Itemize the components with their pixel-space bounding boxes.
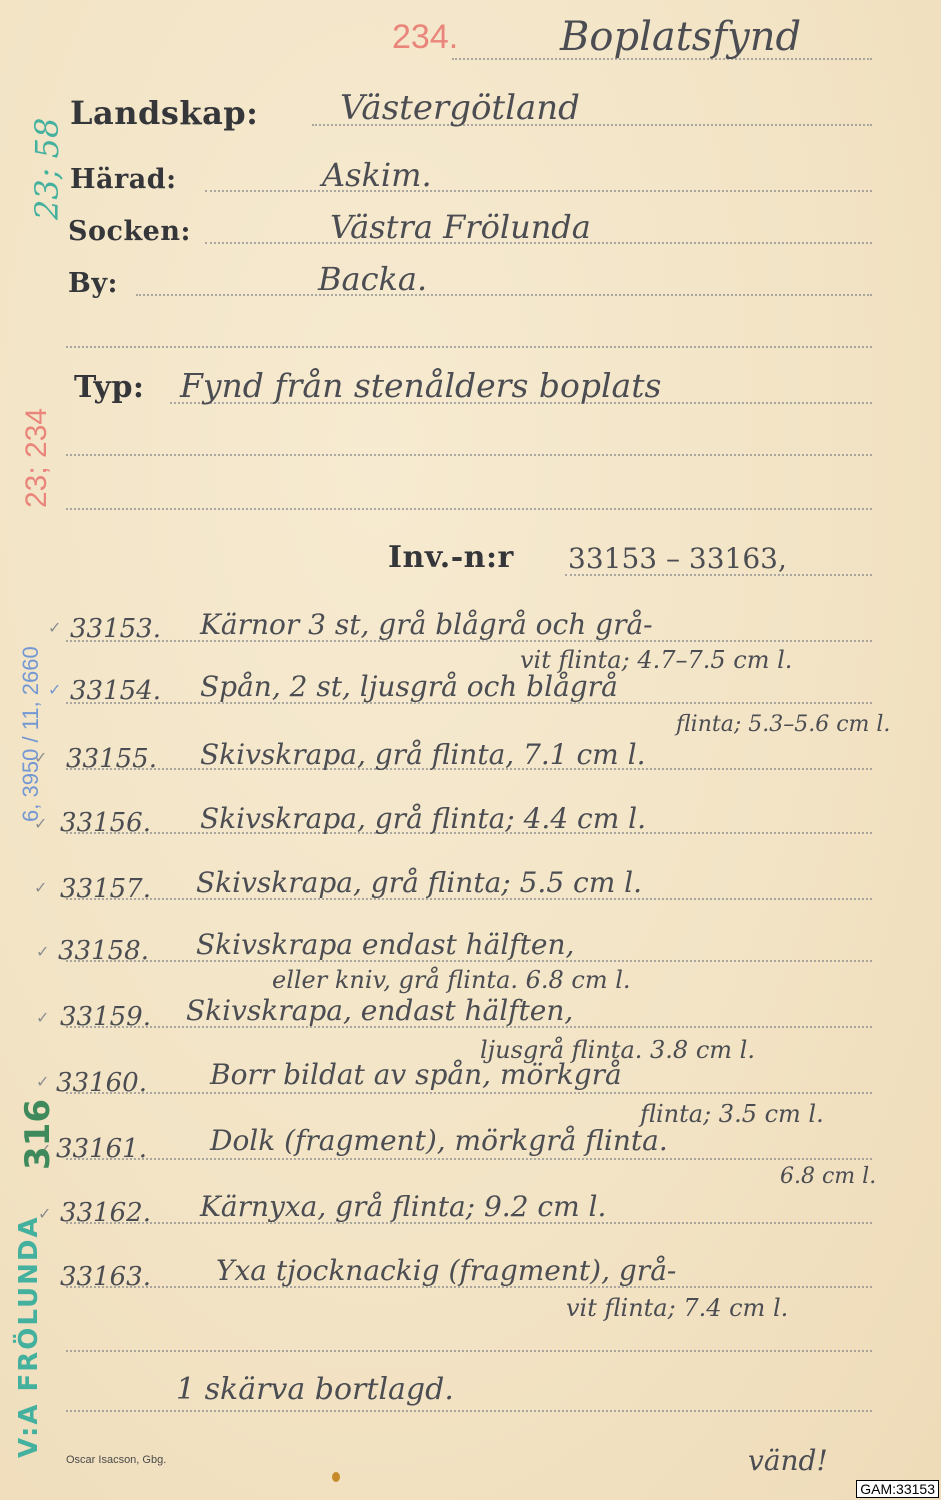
entry-number: 33160. <box>56 1068 147 1098</box>
entry-line2: 6.8 cm l. <box>780 1164 876 1189</box>
entry-line1: Kärnyxa, grå flinta; 9.2 cm l. <box>200 1190 606 1223</box>
entry-line1: Spån, 2 st, ljusgrå och blågrå <box>200 670 618 703</box>
header-category: Boplatsfynd <box>560 14 801 60</box>
entry-line1: Skivskrapa, endast hälften, <box>186 994 573 1027</box>
check-icon: ✓ <box>48 618 61 637</box>
header-red-number: 234. <box>392 18 458 57</box>
blank-dotline-2 <box>66 454 872 456</box>
entry-line1: Skivskrapa endast hälften, <box>196 928 574 961</box>
blank-dotline-1 <box>66 346 872 348</box>
catalog-id-label: GAM:33153 <box>856 1480 939 1498</box>
entry-dotline <box>66 1158 872 1160</box>
entry-number: 33162. <box>60 1198 151 1228</box>
entry-line2: eller kniv, grå flinta. 6.8 cm l. <box>272 966 631 994</box>
field-label-by: By: <box>68 268 118 299</box>
note-dotline <box>66 1410 872 1412</box>
entry-line2: vit flinta; 7.4 cm l. <box>566 1294 788 1322</box>
margin-red-number: 23; 234 <box>20 408 54 508</box>
field-label-harad: Härad: <box>70 164 177 195</box>
entry-line1: Yxa tjocknackig (fragment), grå- <box>216 1254 676 1287</box>
field-value-by: Backa. <box>318 260 427 298</box>
field-value-socken: Västra Frölunda <box>330 208 591 246</box>
entry-number: 33163. <box>60 1262 151 1292</box>
blank-dotline-4 <box>66 1350 872 1352</box>
inventory-value: 33153 – 33163, <box>568 542 787 575</box>
ink-stain <box>332 1472 340 1482</box>
entry-line1: Skivskrapa, grå flinta; 4.4 cm l. <box>200 802 646 835</box>
typ-label: Typ: <box>74 370 145 405</box>
entry-line1: Kärnor 3 st, grå blågrå och grå- <box>200 608 653 641</box>
check-icon: ✓ <box>34 878 47 897</box>
entry-number: 33158. <box>58 936 149 966</box>
entry-number: 33154. <box>70 676 161 706</box>
field-label-socken: Socken: <box>68 216 191 247</box>
entry-line1: Dolk (fragment), mörkgrå flinta. <box>210 1124 668 1157</box>
inventory-label: Inv.-n:r <box>388 540 514 575</box>
entry-number: 33155. <box>66 744 157 774</box>
field-value-harad: Askim. <box>322 156 432 194</box>
typ-value: Fynd från stenålders boplats <box>180 366 661 405</box>
margin-stamp: V:A FRÖLUNDA <box>14 1215 44 1458</box>
dotline-harad <box>205 190 872 192</box>
margin-teal-number: 23; 58 <box>28 118 66 220</box>
margin-blue-number: 6, 3950 / 11, 2660 <box>18 646 44 822</box>
check-icon: ✓ <box>48 680 61 699</box>
check-icon: ✓ <box>36 942 49 961</box>
entry-line1: Skivskrapa, grå flinta, 7.1 cm l. <box>200 738 645 771</box>
entry-number: 33161. <box>56 1134 147 1164</box>
entry-dotline <box>66 1092 872 1094</box>
entry-number: 33153. <box>70 614 161 644</box>
check-icon: ✓ <box>36 1072 49 1091</box>
margin-green-number: 316 <box>18 1099 58 1170</box>
note-text: 1 skärva bortlagd. <box>176 1372 454 1407</box>
dotline-by <box>136 294 872 296</box>
entry-number: 33156. <box>60 808 151 838</box>
entry-line2: flinta; 5.3–5.6 cm l. <box>676 712 890 737</box>
entry-line1: Skivskrapa, grå flinta; 5.5 cm l. <box>196 866 642 899</box>
printer-credit: Oscar Isacson, Gbg. <box>66 1454 166 1466</box>
turn-over-note: vänd! <box>748 1444 828 1477</box>
catalog-card: 234. Boplatsfynd Landskap: Västergötland… <box>0 0 941 1500</box>
entry-number: 33159. <box>60 1002 151 1032</box>
entry-line1: Borr bildat av spån, mörkgrå <box>210 1058 622 1091</box>
entry-number: 33157. <box>60 874 151 904</box>
field-label-landskap: Landskap: <box>70 94 258 132</box>
check-icon: ✓ <box>36 1008 49 1027</box>
field-value-landskap: Västergötland <box>340 88 580 128</box>
blank-dotline-3 <box>66 508 872 510</box>
